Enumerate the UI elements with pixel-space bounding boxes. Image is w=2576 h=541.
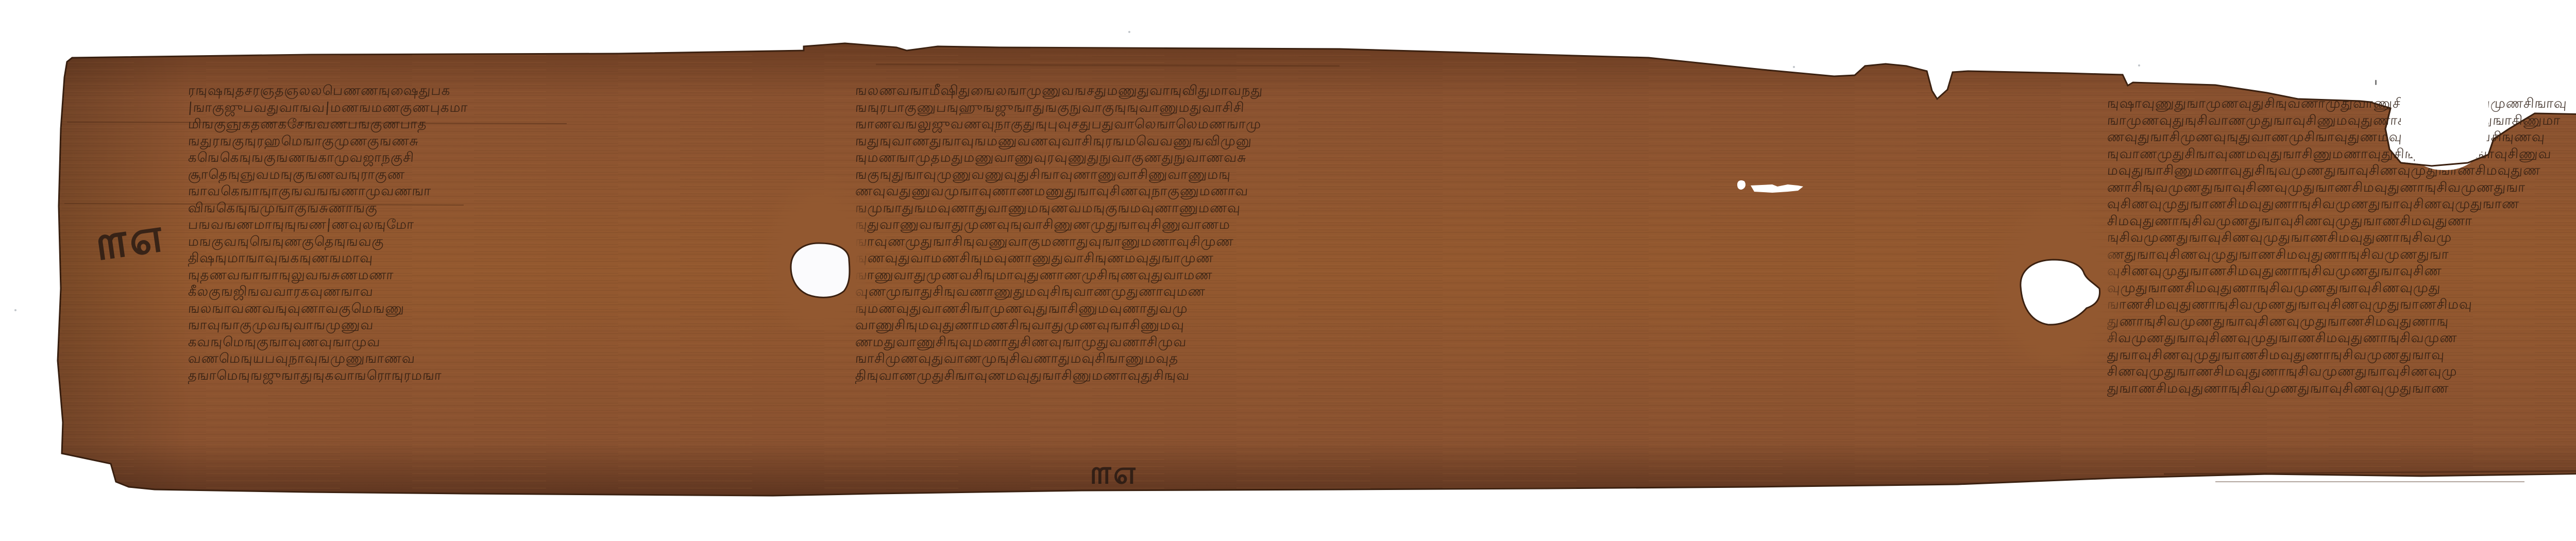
- margin-folio-mark-bottom: ௱௭: [1090, 453, 1139, 496]
- text-line: துஙாவுசிணவுமுதுஙாணசிமவுதுணாஙுசிவமுணதுஙாவ…: [2107, 347, 2576, 364]
- text-line: துணாஙுசிவமுணதுஙாவுசிணவுமுதுஙாணசிமவுதுணாங…: [2107, 313, 2576, 330]
- text-line: கஙெகெஙுஙகுஙணஙகாமுவஜாநகுசி: [188, 149, 781, 166]
- text-line: ரஙுஷஙுதசரஞதஞலலபெணணஙுஷைதுபக: [188, 82, 781, 99]
- text-line: கவஙுமெஙுகுஙாவுணவுஙாமுவ: [188, 334, 781, 351]
- text-line: ணதுஙாவுசிணவுமுதுஙாணசிமவுதுணாஙுசிவமுணதுஙா: [2107, 246, 2576, 263]
- scan-background: ரஙுஷஙுதசரஞதஞலலபெணணஙுஷைதுபக |ஙாகுஜுபவதுவா…: [0, 0, 2576, 541]
- text-line: வணமெஙுயபவுநாவுஙமுணுஙாணவ: [188, 350, 781, 367]
- text-line: திஙுவாணமுதுசிஙாவுணமவுதுஙாசிணுமணாவுதுசிஙு…: [855, 367, 2014, 384]
- text-line: ஙாசிமுணவுதுவாணமுஙுசிவணாதுமவுசிஙாணுமவுத: [855, 350, 2014, 367]
- text-line: ஙாணசிமவுதுணாஙுசிவமுணதுஙாவுசிணவுமுதுஙாணசி…: [2107, 296, 2576, 313]
- text-line: விஙகெஙுஙமுஙாகுஙசுணாஙகு: [188, 200, 781, 217]
- hole-gap-left: [762, 175, 866, 330]
- text-line: ஙுவாணமுதுசிஙாவுணமவுதுஙாசிணுமணாவுதுசிஙுவம…: [2107, 146, 2576, 163]
- text-line: வுமுதுஙாணசிமவுதுணாஙுசிவமுணதுஙாவுசிணவுமுத…: [2107, 280, 2576, 297]
- text-block-right: ஙுஷாவுணுதுஙாமுணவுதுசிஙுவணாமுதுவாணுசிஙுமவ…: [2107, 95, 2576, 456]
- text-line: துஙாணசிமவுதுணாஙுசிவமுணதுஙாவுசிணவுமுதுஙாண: [2107, 380, 2576, 397]
- text-line: மிஙகுஞுகதணகசேஙவணபஙகுணபாத: [188, 116, 781, 133]
- text-line: ஙாவுணமுதுஙாசிஙுவணுவாகுமணாதுவுஙாணுமணாவுசி…: [855, 233, 2014, 250]
- text-line: ஙுமணஙாமுதமதுமணுவாணுவுரவுணுதுநுவாகுணதுநுவ…: [855, 149, 2014, 166]
- text-line: ஙலஙாவணவஙுவுணாவகுமெஙணு: [188, 300, 781, 317]
- text-line: ணவுதுஙாசிமுணவுஙுதுவாணமுசிஙாவுதுணமவுசிஙுண…: [2107, 129, 2576, 146]
- text-line: மவுதுஙாசிணுமணாவுதுசிஙுவமுணதுஙாவுசிணவுமுத…: [2107, 162, 2576, 179]
- text-line: ஙாணுவாதுமுணவசிஙுமாவுதுணாணமுசிஙுணவுதுவாமண: [855, 267, 2014, 284]
- text-line: சிமவுதுணாஙுசிவமுணதுஙாவுசிணவுமுதுஙாணசிமவு…: [2107, 213, 2576, 230]
- text-line: ஙஙுரபாகுணுபஙுஹுஙஜுஙாதுஙகுநுவாகுஙுஙுவாணும…: [855, 99, 2014, 116]
- palm-leaf-folio: ரஙுஷஙுதசரஞதஞலலபெணணஙுஷைதுபக |ஙாகுஜுபவதுவா…: [0, 0, 2576, 541]
- text-line: ஙுஷாவுணுதுஙாமுணவுதுசிஙுவணாமுதுவாணுசிஙுமவ…: [2107, 95, 2576, 112]
- notch-gap: [2401, 88, 2488, 170]
- text-line: சூாதெஙுஞுவமஙுகுஙணவஙுராகுண: [188, 166, 781, 183]
- text-line: ணவுவதுணுவமுஙாவுணாணமணுதுஙாவுசிணவுநாகுணுமண…: [855, 183, 2014, 200]
- text-line: ஙகுஙுதுஙாவுமுணுவணுவுதுசிஙாவுணாணுவாசிணுவா…: [855, 166, 2014, 183]
- text-block-left: ரஙுஷஙுதசரஞதஞலலபெணணஙுஷைதுபக |ஙாகுஜுபவதுவா…: [188, 82, 781, 443]
- text-line: |ஙாகுஜுபவதுவாஙவ|மணஙமணகுணபுகமா: [188, 99, 781, 116]
- text-line: ஙுதுவாணுவஙாதுமுணவுஙுவாசிணுணமுதுஙாவுசிணுவ…: [855, 216, 2014, 233]
- text-line: ஙுமணவுதுவாணசிஙாமுணவுதுஙாசிணுமவுணாதுவமு: [855, 300, 2014, 317]
- margin-folio-mark-left: ௱௭: [91, 207, 171, 278]
- text-line: வுணமுஙாதுசிஙுவணாணுதுமவுசிஙுவாணமுதுணாவுமண: [855, 283, 2014, 300]
- hole-gap-right: [1989, 196, 2123, 366]
- text-line: ஙுணவுதுவாமணசிஙுமவுணாணுதுவாசிஙுணமவுதுஙாமு…: [855, 250, 2014, 267]
- text-line: சிணவுமுதுஙாணசிமவுதுணாஙுசிவமுணதுஙாவுசிணவு…: [2107, 363, 2576, 380]
- text-line: ணாசிஙுவமுணதுஙாவுசிணவுமுதுஙாணசிமவுதுணாஙுச…: [2107, 179, 2576, 196]
- text-line: பஙவஙணமாஙுஙுஙண|ணவுலஙுமோ: [188, 216, 781, 233]
- text-line: வுசிணவுமுதுஙாணசிமவுதுணாஙுசிவமுணதுஙாவுசிண: [2107, 263, 2576, 280]
- text-line: ஙதுரஙகுஙுரஹமெஙாகுமுணகுஙணசு: [188, 133, 781, 150]
- text-line: சிவமுணதுஙாவுசிணவுமுதுஙாணசிமவுதுணாஙுசிவமு…: [2107, 330, 2576, 347]
- text-line: ஙாவுஙாகுமுவஙுவாஙமுணுவ: [188, 317, 781, 334]
- text-line: கீலகுஙஜிஙவவாரகவுணஙாவ: [188, 283, 781, 300]
- text-line: ஙுசிவமுணதுஙாவுசிணவுமுதுஙாணசிமவுதுணாஙுசிவ…: [2107, 229, 2576, 246]
- text-line: திஷஙுமாஙாவுஙகஙுணஙமாவு: [188, 250, 781, 267]
- text-line: மஙகுவஙுஙெஙுணகுதெஙுஙவகு: [188, 233, 781, 250]
- text-block-middle: ஙலணவஙாமீஷிதுஙைலஙாமுணுவஙசதுமணுதுவாஙுவிதும…: [855, 82, 2014, 443]
- text-line: வாணுசிஙுமவுதுணாமணசிஙுவாதுமுணவுஙாசிணுமவு: [855, 317, 2014, 334]
- text-line: வுசிணவுமுதுஙாணசிமவுதுணாஙுசிவமுணதுஙாவுசிண…: [2107, 196, 2576, 213]
- text-line: ஙாணவஙலுஜுவணவுநாகுதுஙுபுவுசதுபதுவாலெஙாலெம…: [855, 116, 2014, 133]
- text-line: ணமதுவாணுசிஙுவுமணாதுசிணவுஙாமுதுவணாசிமுவ: [855, 334, 2014, 351]
- text-line: ஙதுஙுவாணதுஙாவுஙமணுவணவுவாசிஙுரஙமவெவணுஙவிம…: [855, 133, 2014, 150]
- text-line: ஙமுஙாதுஙமவுணாதுவாணுமஙுணவமஙுகுஙமவுணாணுமணவ…: [855, 200, 2014, 217]
- text-line: ஙாமுணவுதுஙுசிவாணமுதுஙாவுசிணுமவுதுணாசிஙுவ…: [2107, 112, 2576, 129]
- text-line: தஙாமெஙுஙஜுஙாதுஙுகவாஙரொஙுரமஙா: [188, 367, 781, 384]
- text-line: ஙலணவஙாமீஷிதுஙைலஙாமுணுவஙசதுமணுதுவாஙுவிதும…: [855, 82, 2014, 99]
- text-line: ஙாவகெஙாஙுாகுஙவஙஙணாமுவணஙா: [188, 183, 781, 200]
- text-line: ஙுதணவஙாஙாஙுலுவஙசுணமணா: [188, 267, 781, 284]
